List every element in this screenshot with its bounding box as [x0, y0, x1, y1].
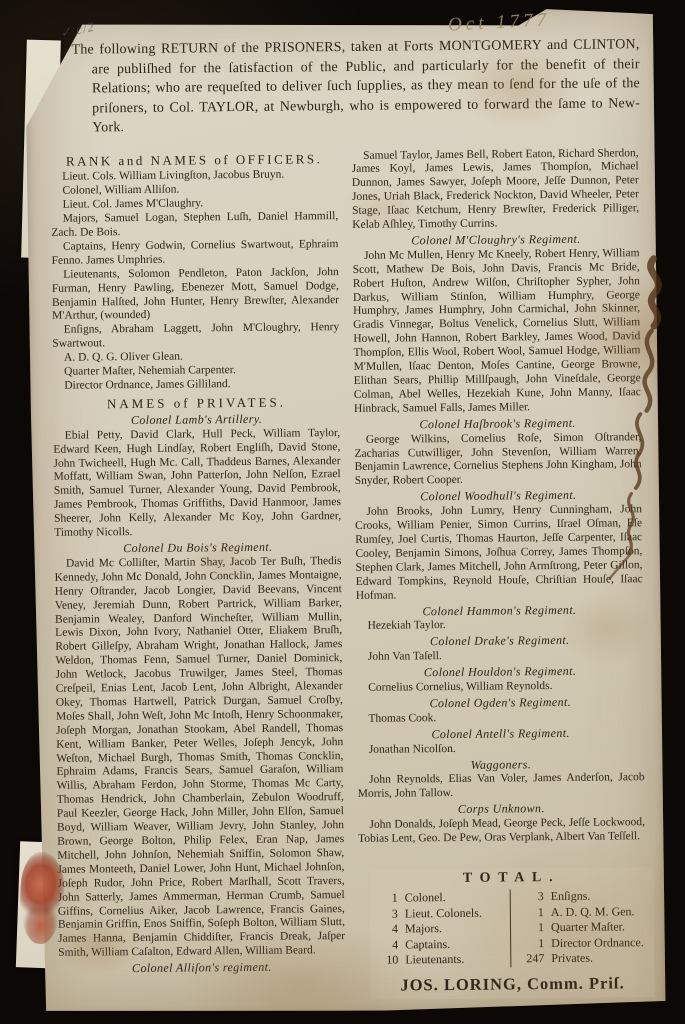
- total-count: 1: [520, 905, 551, 921]
- regiment-heading: Colonel Houldon's Regiment.: [356, 664, 643, 681]
- total-block: TOTAL. 1 Colonel. 3 Lieut. Colonels.: [369, 867, 654, 999]
- officers-section-title: RANK and NAMES of OFFICERS.: [51, 152, 338, 169]
- total-right-column: 3 Enſigns. 1 A. D. Q. M. Gen. 1 Quarter …: [511, 888, 651, 967]
- regiment-names: John Donalds, Joſeph Mead, George Peck, …: [358, 816, 645, 847]
- officer-entry: Lieutenants, Solomon Pendleton, Paton Ja…: [52, 266, 340, 324]
- photo-backdrop: The following RETURN of the PRISONERS, t…: [0, 0, 685, 1024]
- regiment-heading: Colonel Du Bois's Regiment.: [54, 540, 341, 557]
- document-page: The following RETURN of the PRISONERS, t…: [25, 5, 667, 1017]
- regiment-heading: Colonel Lamb's Artillery.: [53, 412, 340, 429]
- officer-entry: Captains, Henry Godwin, Cornelius Swartw…: [51, 238, 338, 269]
- total-row: 3 Lieut. Colonels.: [374, 905, 504, 922]
- regiment-heading: Waggoners.: [357, 757, 644, 774]
- privates-section-title: NAMES of PRIVATES.: [53, 395, 340, 412]
- total-row: 4 Captains.: [374, 936, 504, 953]
- total-label: Majors.: [405, 921, 442, 937]
- regiment-names: Thomas Cook.: [357, 710, 644, 727]
- regiment-names: John Van Taſell.: [356, 648, 643, 665]
- total-row: 3 Enſigns.: [520, 888, 650, 905]
- regiment-heading: Colonel Alliſon's regiment.: [58, 960, 345, 977]
- regiment-heading: Colonel Hammon's Regiment.: [356, 603, 643, 620]
- total-count: 3: [520, 889, 551, 905]
- regiment-names: Cornelius Cornelius, William Reynolds.: [357, 679, 644, 696]
- regiment-heading: Colonel M'Cloughry's Regiment.: [352, 232, 639, 249]
- total-label: A. D. Q. M. Gen.: [551, 904, 635, 920]
- total-title: TOTAL.: [373, 869, 649, 888]
- total-count: 10: [374, 952, 405, 968]
- regiment-names: Hezekiah Taylor.: [356, 618, 643, 635]
- regiment-heading: Colonel Haſbrook's Regiment.: [354, 416, 641, 433]
- total-label: Colonel.: [405, 890, 446, 906]
- total-count: 1: [374, 890, 405, 906]
- regiment-names: Jonathan Nicolſon.: [357, 741, 644, 758]
- total-label: Captains.: [405, 937, 450, 953]
- total-row: 1 Director Ordnance.: [520, 935, 650, 952]
- total-label: Lieutenants.: [405, 952, 464, 968]
- total-count: 3: [374, 906, 405, 922]
- total-label: Privates.: [551, 951, 593, 967]
- regiment-names: John Mc Mullen, Henry Mc Kneely, Robert …: [352, 247, 641, 417]
- regiment-heading: Corps Unknown.: [358, 801, 645, 818]
- regiment-heading: Colonel Drake's Regiment.: [356, 633, 643, 650]
- total-row: 1 A. D. Q. M. Gen.: [520, 904, 650, 921]
- total-row: 10 Lieutenants.: [374, 952, 504, 969]
- officers-list: Lieut. Cols. William Livingſton, Jacobus…: [51, 168, 340, 393]
- officer-entry: Director Ordnance, James Gilliland.: [53, 377, 340, 394]
- total-label: Enſigns.: [551, 889, 591, 905]
- regiment-names: John Reynolds, Elias Van Voler, James An…: [358, 772, 645, 803]
- total-label: Quarter Maſter.: [551, 919, 625, 935]
- regiment-names: Samuel Taylor, James Bell, Robert Eaton,…: [352, 147, 640, 233]
- officer-entry: Majors, Samuel Logan, Stephen Luſh, Dani…: [51, 210, 338, 241]
- regiment-heading: Colonel Ogden's Regiment.: [357, 695, 644, 712]
- total-row: 4 Majors.: [374, 921, 504, 938]
- total-row: 1 Colonel.: [374, 890, 504, 907]
- total-count: 1: [520, 936, 551, 952]
- total-count: 4: [374, 921, 405, 937]
- officer-entry: Enſigns, Abraham Laggett, John M'Cloughr…: [52, 321, 339, 352]
- total-label: Lieut. Colonels.: [405, 905, 482, 921]
- regiment-names: George Wilkins, Cornelius Roſe, Simon Oſ…: [354, 431, 642, 489]
- total-row: 247 Privates.: [520, 950, 650, 967]
- total-count: 1: [520, 920, 551, 936]
- regiment-names: David Mc Colliſter, Martin Shay, Jacob T…: [54, 555, 345, 961]
- total-count: 4: [374, 937, 405, 953]
- total-row: 1 Quarter Maſter.: [520, 919, 650, 936]
- regiment-names: Ebial Petty, David Clark, Hull Peck, Wil…: [53, 427, 341, 541]
- total-left-column: 1 Colonel. 3 Lieut. Colonels. 4 Majors.: [374, 889, 512, 968]
- total-count: 247: [520, 951, 551, 967]
- regiment-heading: Colonel Antell's Regiment.: [357, 726, 644, 743]
- total-label: Director Ordnance.: [551, 935, 644, 951]
- regiment-heading: Colonel Woodhull's Regiment.: [355, 488, 642, 505]
- header-paragraph: The following RETURN of the PRISONERS, t…: [91, 35, 640, 138]
- signature-line: JOS. LORING, Comm. Priſ.: [374, 973, 650, 996]
